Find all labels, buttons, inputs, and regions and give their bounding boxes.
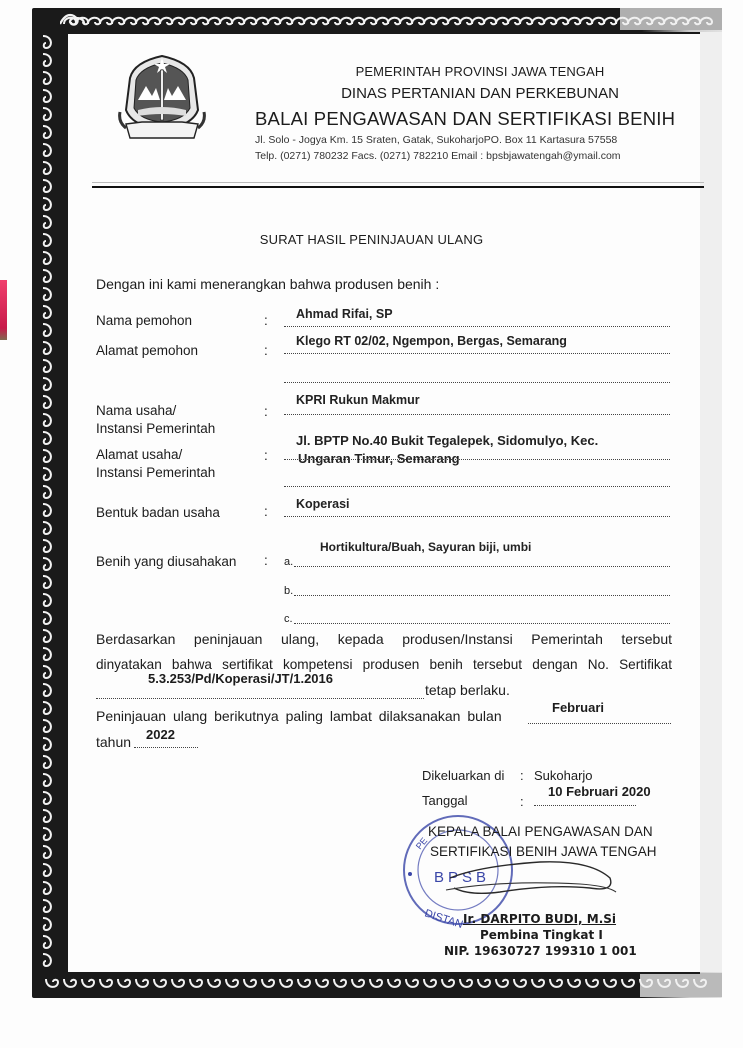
issued-date: 10 Februari 2020 [548,784,651,799]
field-value-bentuk-badan-usaha: Koperasi [296,497,350,511]
dotted-line [284,414,670,415]
paragraph-line-3: tetap berlaku. [425,682,510,698]
dotted-line [294,566,670,567]
dotted-line [284,516,670,517]
field-value-nama-pemohon: Ahmad Rifai, SP [296,307,393,321]
border-pattern-bottom [40,973,722,997]
document-title: SURAT HASIL PENINJAUAN ULANG [0,232,743,247]
field-label-alamat-pemohon: Alamat pemohon [96,342,198,360]
dotted-line [294,623,670,624]
colon: : [264,343,268,358]
field-value-benih-a: Hortikultura/Buah, Sayuran biji, umbi [320,540,531,554]
dotted-line [284,382,670,383]
svg-text:PE: PE [414,836,429,852]
letterhead-address: Jl. Solo - Jogya Km. 15 Sraten, Gatak, S… [255,134,695,146]
certificate-number: 5.3.253/Pd/Koperasi/JT/1.2016 [148,671,333,686]
paragraph-line-1: Berdasarkan peninjauan ulang, kepada pro… [96,626,672,652]
letterhead-contact: Telp. (0271) 780232 Facs. (0271) 782210 … [255,150,695,162]
review-month: Februari [552,700,604,715]
letterhead-government: PEMERINTAH PROVINSI JAWA TENGAH [255,64,695,79]
colon: : [264,553,268,568]
paragraph-line-4: Peninjauan ulang berikutnya paling lamba… [96,708,502,724]
field-label-bentuk-badan-usaha: Bentuk badan usaha [96,504,220,522]
intro-text: Dengan ini kami menerangkan bahwa produs… [96,276,439,292]
review-year: 2022 [146,727,175,742]
label-line-1: Alamat usaha/ [96,446,215,464]
date-dotted-line [534,804,636,806]
dotted-line [294,595,670,596]
label-line-1: Nama usaha/ [96,402,215,420]
border-pattern-top [60,8,722,30]
colon: : [264,404,268,419]
colon: : [264,448,268,463]
red-edge-mark [0,280,7,340]
field-value-alamat-usaha-1: Jl. BPTP No.40 Bukit Tegalepek, Sidomuly… [296,433,598,448]
field-value-alamat-pemohon: Klego RT 02/02, Ngempon, Bergas, Semaran… [296,334,567,348]
letterhead-office: BALAI PENGAWASAN DAN SERTIFIKASI BENIH [255,108,695,130]
list-marker-c: c. [284,613,293,625]
handwritten-signature [440,848,630,908]
certificate-dotted-line [96,684,424,699]
signatory-rank: Pembina Tingkat I [480,928,603,942]
label-line-2: Instansi Pemerintah [96,420,215,438]
field-label-nama-usaha: Nama usaha/ Instansi Pemerintah [96,402,215,438]
list-marker-b: b. [284,585,293,597]
letterhead-agency: DINAS PERTANIAN DAN PERKEBUNAN [255,85,695,102]
letterhead-divider [92,186,704,188]
issued-date-label: Tanggal [422,793,468,808]
year-label: tahun [96,734,131,750]
letterhead: PEMERINTAH PROVINSI JAWA TENGAH DINAS PE… [255,64,695,162]
colon: : [520,768,524,783]
dotted-line [284,326,670,327]
dotted-line [284,459,670,460]
label-line-2: Instansi Pemerintah [96,464,215,482]
dotted-line [284,486,670,487]
signatory-name: Ir. DARPITO BUDI, M.Si [463,912,616,926]
colon: : [520,794,524,809]
dotted-line [284,353,670,354]
colon: : [264,504,268,519]
border-pattern-left [36,30,60,973]
field-value-nama-usaha: KPRI Rukun Makmur [296,393,420,407]
signatory-position-1: KEPALA BALAI PENGAWASAN DAN [428,824,653,839]
year-dotted-line [134,746,198,748]
letterhead-divider-thin [92,182,704,183]
colon: : [264,313,268,328]
jawa-tengah-emblem-icon [112,48,212,148]
issued-place: Sukoharjo [534,768,593,783]
list-marker-a: a. [284,556,293,568]
month-dotted-line [528,720,671,724]
field-label-nama-pemohon: Nama pemohon [96,312,192,330]
field-label-alamat-usaha: Alamat usaha/ Instansi Pemerintah [96,446,215,482]
issued-place-label: Dikeluarkan di [422,768,504,783]
field-label-benih: Benih yang diusahakan [96,553,236,571]
signatory-nip: NIP. 19630727 199310 1 001 [444,944,637,958]
